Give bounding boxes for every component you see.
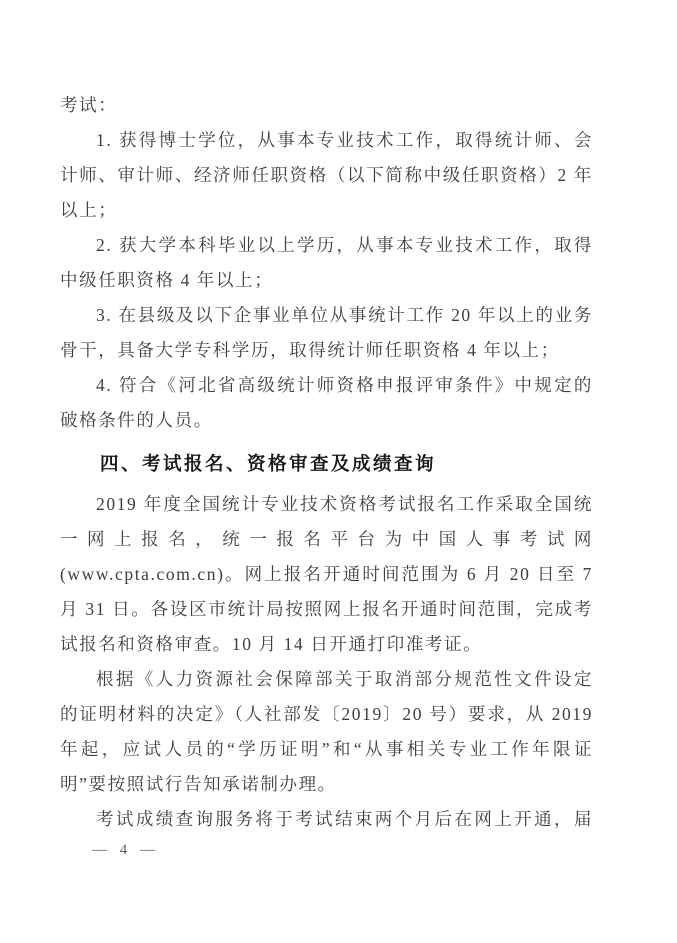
text-line: 1. 获得博士学位，从事本专业技术工作，取得统计师、会 <box>60 123 593 158</box>
text-line: 2019 年度全国统计专业技术资格考试报名工作采取全国统 <box>60 487 593 522</box>
text-line: 3. 在县级及以下企事业单位从事统计工作 20 年以上的业务 <box>60 298 593 333</box>
text-line: 根据《人力资源社会保障部关于取消部分规范性文件设定 <box>60 662 593 697</box>
text-line: 考试： <box>60 88 593 123</box>
text-line: 明”要按照试行告知承诺制办理。 <box>60 767 593 802</box>
text-line: 年起，应试人员的“学历证明”和“从事相关专业工作年限证 <box>60 732 593 767</box>
text-line: 考试成绩查询服务将于考试结束两个月后在网上开通，届 <box>60 802 593 837</box>
text-line: 中级任职资格 4 年以上； <box>60 263 593 298</box>
document-body: 考试：1. 获得博士学位，从事本专业技术工作，取得统计师、会计师、审计师、经济师… <box>60 88 593 837</box>
text-line: 以上； <box>60 193 593 228</box>
document-page: 考试：1. 获得博士学位，从事本专业技术工作，取得统计师、会计师、审计师、经济师… <box>0 0 677 943</box>
text-line: 一网上报名，统一报名平台为中国人事考试网 <box>60 522 593 557</box>
text-line: 4. 符合《河北省高级统计师资格申报评审条件》中规定的 <box>60 368 593 403</box>
text-line: 骨干，具备大学专科学历，取得统计师任职资格 4 年以上； <box>60 333 593 368</box>
text-line: 计师、审计师、经济师任职资格（以下简称中级任职资格）2 年 <box>60 158 593 193</box>
text-line: 的证明材料的决定》（人社部发〔2019〕20 号）要求，从 2019 <box>60 697 593 732</box>
section-heading: 四、考试报名、资格审查及成绩查询 <box>60 446 593 481</box>
page-number: — 4 — <box>92 842 156 859</box>
text-line: 月 31 日。各设区市统计局按照网上报名开通时间范围，完成考 <box>60 592 593 627</box>
text-line: 破格条件的人员。 <box>60 403 593 438</box>
text-line: 2. 获大学本科毕业以上学历，从事本专业技术工作，取得 <box>60 228 593 263</box>
text-line: 试报名和资格审查。10 月 14 日开通打印准考证。 <box>60 627 593 662</box>
text-line: (www.cpta.com.cn)。网上报名开通时间范围为 6 月 20 日至 … <box>60 557 593 592</box>
